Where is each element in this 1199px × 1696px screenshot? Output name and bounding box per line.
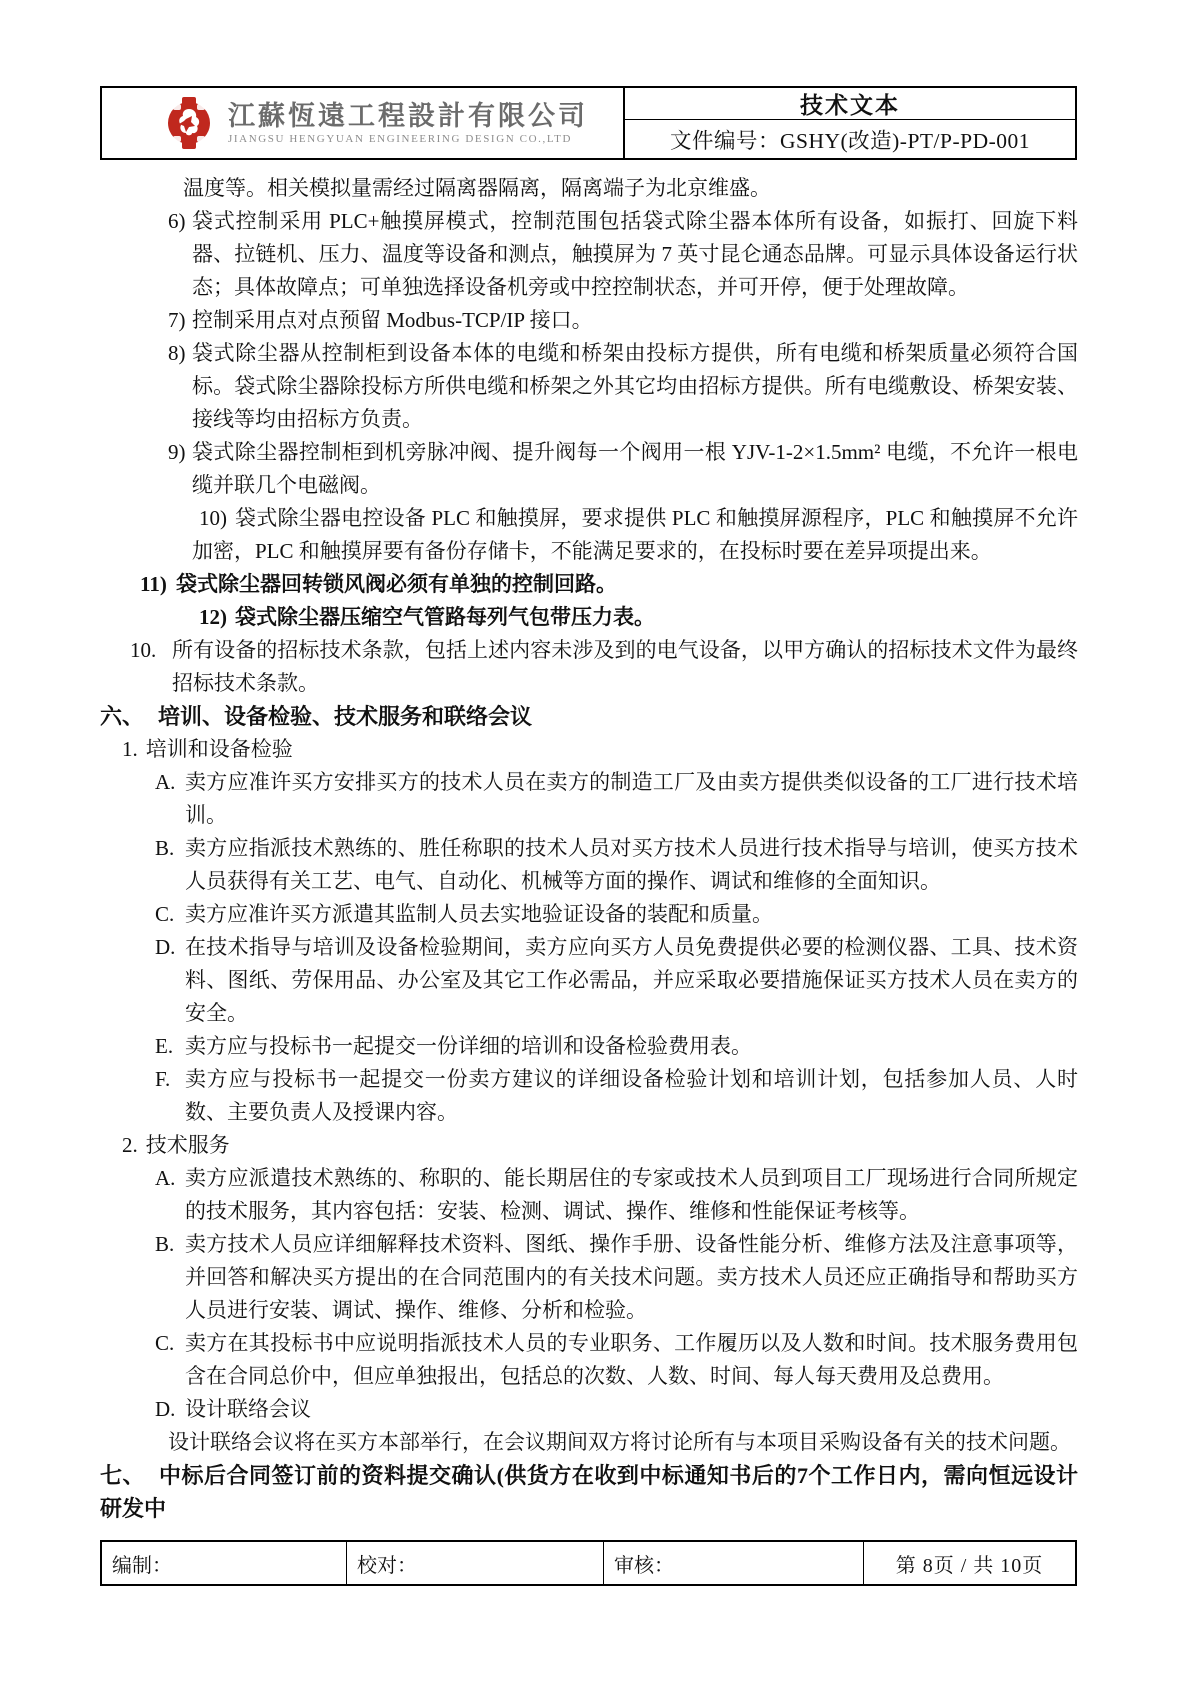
paragraph-text: 袋式除尘器压缩空气管路每列气包带压力表。 (235, 605, 655, 629)
paragraph: 10.所有设备的招标技术条款，包括上述内容未涉及到的电气设备，以甲方确认的招标技… (100, 634, 1078, 700)
paragraph-text: 卖方应与投标书一起提交一份详细的培训和设备检验费用表。 (185, 1034, 752, 1058)
paragraph: E.卖方应与投标书一起提交一份详细的培训和设备检验费用表。 (100, 1030, 1078, 1063)
paragraph: 8)袋式除尘器从控制柜到设备本体的电缆和桥架由投标方提供，所有电缆和桥架质量必须… (100, 337, 1078, 436)
paragraph: D.设计联络会议 (100, 1393, 1078, 1426)
list-marker: C. (155, 898, 174, 931)
paragraph: 六、培训、设备检验、技术服务和联络会议 (100, 700, 1078, 733)
doc-number: 文件编号：GSHY(改造)-PT/P-PD-001 (625, 120, 1075, 158)
paragraph: 9)袋式除尘器控制柜到机旁脉冲阀、提升阀每一个阀用一根 YJV-1-2×1.5m… (100, 436, 1078, 502)
paragraph-text: 卖方技术人员应详细解释技术资料、图纸、操作手册、设备性能分析、维修方法及注意事项… (185, 1232, 1078, 1322)
paragraph: 2.技术服务 (100, 1129, 1078, 1162)
paragraph-text: 培训和设备检验 (146, 737, 293, 761)
list-marker: 10) (156, 502, 227, 535)
list-marker: 9) (168, 436, 186, 469)
list-marker: 1. (122, 737, 138, 761)
company-logo-icon (164, 95, 214, 151)
document-header: 江蘇恆遠工程設計有限公司 JIANGSU HENGYUAN ENGINEERIN… (100, 86, 1077, 160)
paragraph: B.卖方应指派技术熟练的、胜任称职的技术人员对买方技术人员进行技术指导与培训，使… (100, 832, 1078, 898)
list-marker: 2. (122, 1133, 138, 1157)
list-marker: A. (155, 1162, 175, 1195)
list-marker: D. (155, 931, 175, 964)
paragraph-text: 中标后合同签订前的资料提交确认(供货方在收到中标通知书后的7个工作日内，需向恒远… (100, 1463, 1078, 1521)
paragraph-text: 温度等。相关模拟量需经过隔离器隔离，隔离端子为北京维盛。 (183, 176, 771, 200)
footer-cell-checked: 校对： (347, 1542, 604, 1584)
company-name-cn: 江蘇恆遠工程設計有限公司 (228, 101, 588, 131)
paragraph: B.卖方技术人员应详细解释技术资料、图纸、操作手册、设备性能分析、维修方法及注意… (100, 1228, 1078, 1327)
list-marker: 8) (168, 337, 186, 370)
paragraph: 11)袋式除尘器回转锁风阀必须有单独的控制回路。 (100, 568, 1078, 601)
paragraph-text: 袋式控制采用 PLC+触摸屏模式，控制范围包括袋式除尘器本体所有设备，如振打、回… (192, 209, 1078, 299)
paragraph: 1.培训和设备检验 (100, 733, 1078, 766)
paragraph-text: 袋式除尘器控制柜到机旁脉冲阀、提升阀每一个阀用一根 YJV-1-2×1.5mm²… (192, 440, 1078, 497)
list-marker: 11) (140, 568, 167, 601)
paragraph-text: 设计联络会议 (185, 1397, 311, 1421)
paragraph: 七、中标后合同签订前的资料提交确认(供货方在收到中标通知书后的7个工作日内，需向… (100, 1459, 1078, 1525)
document-page: 江蘇恆遠工程設計有限公司 JIANGSU HENGYUAN ENGINEERIN… (0, 0, 1199, 1696)
list-marker: D. (155, 1393, 175, 1426)
list-marker: 七、 (100, 1463, 145, 1488)
paragraph-text: 袋式除尘器从控制柜到设备本体的电缆和桥架由投标方提供，所有电缆和桥架质量必须符合… (192, 341, 1078, 431)
paragraph-text: 卖方应派遣技术熟练的、称职的、能长期居住的专家或技术人员到项目工厂现场进行合同所… (185, 1166, 1078, 1223)
paragraph-text: 技术服务 (146, 1133, 230, 1157)
company-name-block: 江蘇恆遠工程設計有限公司 JIANGSU HENGYUAN ENGINEERIN… (228, 101, 588, 145)
document-body: 温度等。相关模拟量需经过隔离器隔离，隔离端子为北京维盛。6)袋式控制采用 PLC… (100, 172, 1078, 1525)
paragraph: 设计联络会议将在买方本部举行，在会议期间双方将讨论所有与本项目采购设备有关的技术… (100, 1426, 1078, 1459)
company-name-en: JIANGSU HENGYUAN ENGINEERING DESIGN CO.,… (228, 133, 588, 145)
list-marker: E. (155, 1030, 173, 1063)
paragraph: F.卖方应与投标书一起提交一份卖方建议的详细设备检验计划和培训计划，包括参加人员… (100, 1063, 1078, 1129)
paragraph-text: 在技术指导与培训及设备检验期间，卖方应向买方人员免费提供必要的检测仪器、工具、技… (185, 935, 1078, 1025)
page-number: 第 8页 / 共 10页 (896, 1549, 1044, 1578)
footer-cell-prepared: 编制： (102, 1542, 347, 1584)
paragraph-text: 卖方在其投标书中应说明指派技术人员的专业职务、工作履历以及人数和时间。技术服务费… (185, 1331, 1078, 1388)
checked-label: 校对： (357, 1549, 417, 1578)
paragraph-text: 培训、设备检验、技术服务和联络会议 (158, 704, 532, 729)
list-marker: 六、 (100, 704, 144, 729)
list-marker: 10. (130, 634, 156, 667)
paragraph: C.卖方应准许买方派遣其监制人员去实地验证设备的装配和质量。 (100, 898, 1078, 931)
paragraph: 7)控制采用点对点预留 Modbus-TCP/IP 接口。 (100, 304, 1078, 337)
paragraph-text: 袋式除尘器电控设备 PLC 和触摸屏，要求提供 PLC 和触摸屏源程序，PLC … (192, 506, 1078, 563)
footer-cell-page-number: 第 8页 / 共 10页 (864, 1542, 1075, 1584)
paragraph: 温度等。相关模拟量需经过隔离器隔离，隔离端子为北京维盛。 (100, 172, 1078, 205)
footer-table: 编制： 校对： 审核： 第 8页 / 共 10页 (100, 1540, 1077, 1586)
reviewed-label: 审核： (614, 1549, 674, 1578)
list-marker: A. (155, 766, 175, 799)
list-marker: C. (155, 1327, 174, 1360)
paragraph-text: 卖方应指派技术熟练的、胜任称职的技术人员对买方技术人员进行技术指导与培训，使买方… (185, 836, 1078, 893)
paragraph: 10)袋式除尘器电控设备 PLC 和触摸屏，要求提供 PLC 和触摸屏源程序，P… (100, 502, 1078, 568)
list-marker: 6) (168, 205, 186, 238)
footer-cell-reviewed: 审核： (604, 1542, 864, 1584)
paragraph-text: 卖方应准许买方派遣其监制人员去实地验证设备的装配和质量。 (185, 902, 773, 926)
paragraph: D.在技术指导与培训及设备检验期间，卖方应向买方人员免费提供必要的检测仪器、工具… (100, 931, 1078, 1030)
paragraph: A.卖方应派遣技术熟练的、称职的、能长期居住的专家或技术人员到项目工厂现场进行合… (100, 1162, 1078, 1228)
paragraph-text: 控制采用点对点预留 Modbus-TCP/IP 接口。 (192, 308, 593, 332)
paragraph: C.卖方在其投标书中应说明指派技术人员的专业职务、工作履历以及人数和时间。技术服… (100, 1327, 1078, 1393)
header-company-cell: 江蘇恆遠工程設計有限公司 JIANGSU HENGYUAN ENGINEERIN… (102, 88, 625, 158)
paragraph: 6)袋式控制采用 PLC+触摸屏模式，控制范围包括袋式除尘器本体所有设备，如振打… (100, 205, 1078, 304)
paragraph-text: 卖方应与投标书一起提交一份卖方建议的详细设备检验计划和培训计划，包括参加人员、人… (185, 1067, 1078, 1124)
list-marker: B. (155, 832, 174, 865)
paragraph-text: 卖方应准许买方安排买方的技术人员在卖方的制造工厂及由卖方提供类似设备的工厂进行技… (185, 770, 1078, 827)
prepared-label: 编制： (112, 1549, 172, 1578)
header-title-cell: 技术文本 文件编号：GSHY(改造)-PT/P-PD-001 (625, 88, 1075, 158)
list-marker: 7) (168, 304, 186, 337)
paragraph: A.卖方应准许买方安排买方的技术人员在卖方的制造工厂及由卖方提供类似设备的工厂进… (100, 766, 1078, 832)
paragraph-text: 设计联络会议将在买方本部举行，在会议期间双方将讨论所有与本项目采购设备有关的技术… (168, 1430, 1071, 1454)
list-marker: F. (155, 1063, 170, 1096)
paragraph-text: 所有设备的招标技术条款，包括上述内容未涉及到的电气设备，以甲方确认的招标技术文件… (172, 638, 1078, 695)
paragraph-text: 袋式除尘器回转锁风阀必须有单独的控制回路。 (176, 572, 617, 596)
doc-type-title: 技术文本 (625, 88, 1075, 120)
paragraph: 12)袋式除尘器压缩空气管路每列气包带压力表。 (100, 601, 1078, 634)
list-marker: 12) (156, 601, 227, 634)
list-marker: B. (155, 1228, 174, 1261)
